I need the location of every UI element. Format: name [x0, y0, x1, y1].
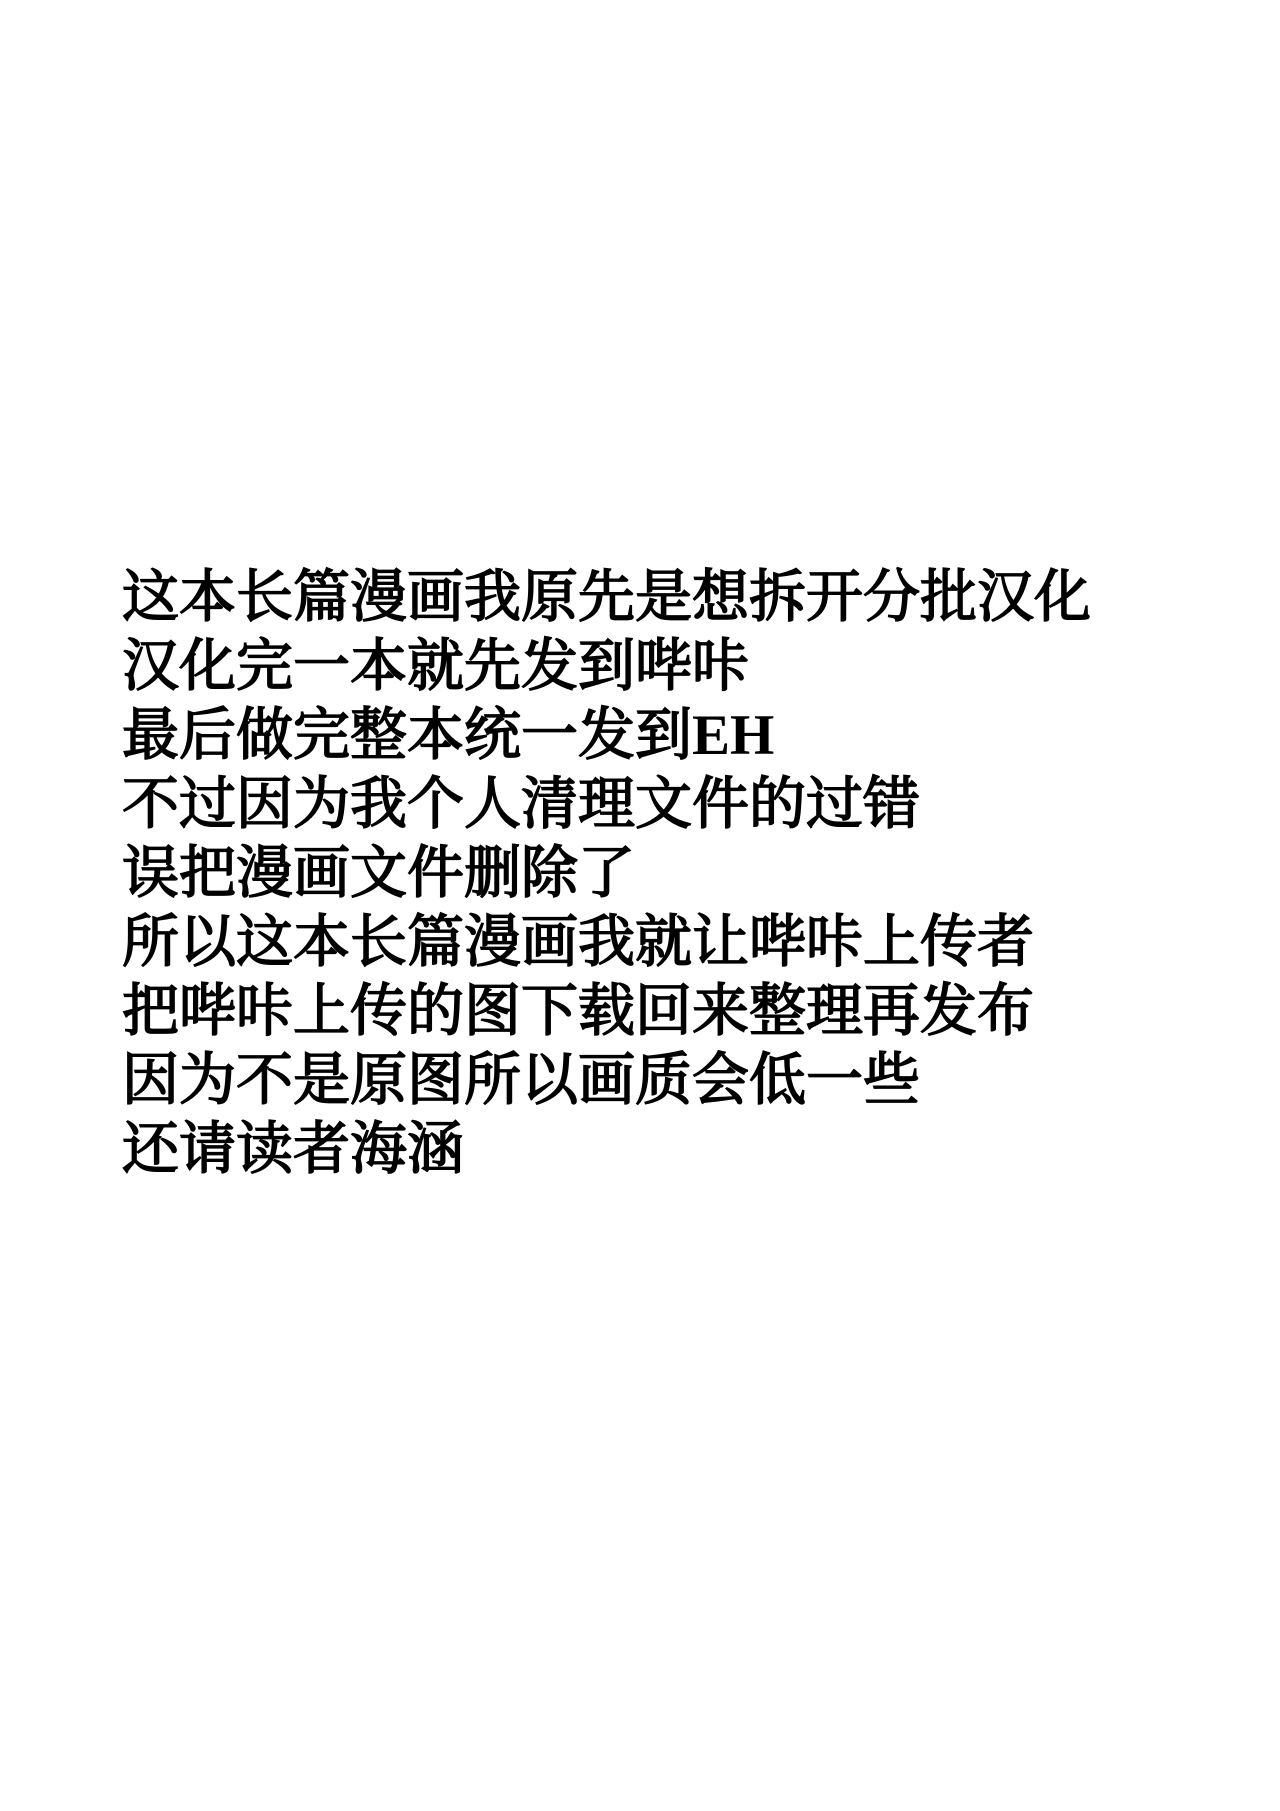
note-line-1: 这本长篇漫画我原先是想拆开分批汉化	[122, 563, 1091, 632]
note-line-7: 把哔咔上传的图下载回来整理再发布	[122, 977, 1091, 1046]
scanned-page: 这本长篇漫画我原先是想拆开分批汉化 汉化完一本就先发到哔咔 最后做完整本统一发到…	[0, 0, 1280, 1811]
note-line-3: 最后做完整本统一发到EH	[122, 701, 1091, 770]
note-line-8: 因为不是原图所以画质会低一些	[122, 1046, 1091, 1115]
translator-note: 这本长篇漫画我原先是想拆开分批汉化 汉化完一本就先发到哔咔 最后做完整本统一发到…	[122, 563, 1091, 1184]
note-line-2: 汉化完一本就先发到哔咔	[122, 632, 1091, 701]
note-line-5: 误把漫画文件删除了	[122, 839, 1091, 908]
note-line-9: 还请读者海涵	[122, 1115, 1091, 1184]
note-line-4: 不过因为我个人清理文件的过错	[122, 770, 1091, 839]
note-line-6: 所以这本长篇漫画我就让哔咔上传者	[122, 908, 1091, 977]
